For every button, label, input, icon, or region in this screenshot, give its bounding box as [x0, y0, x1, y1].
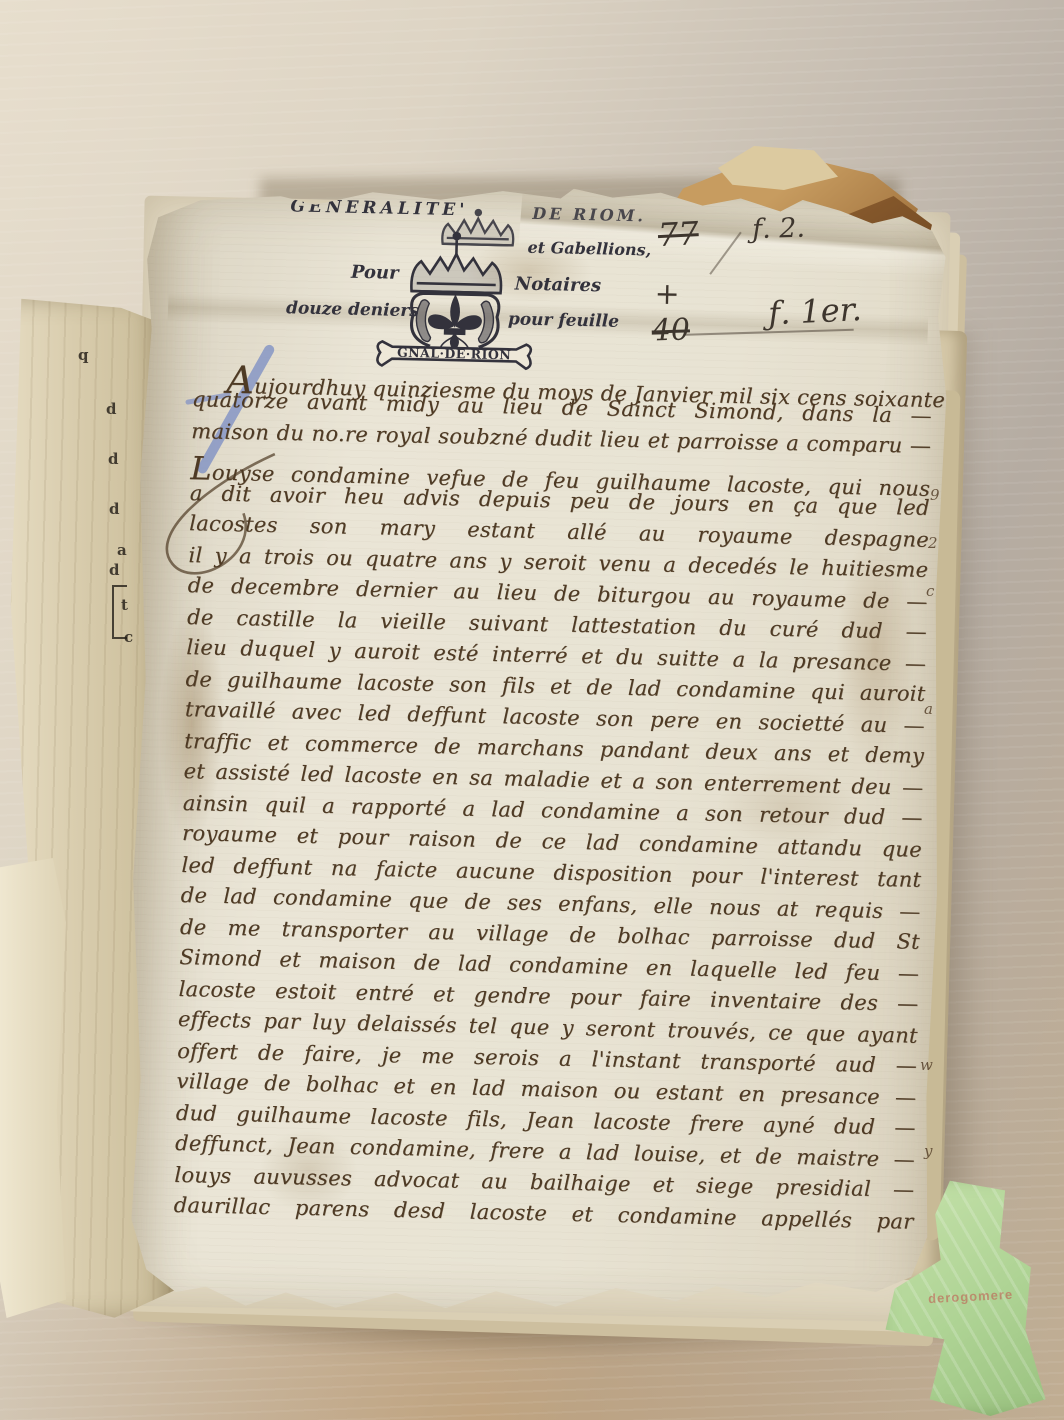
edge-ink-mark: a	[924, 700, 933, 718]
margin-letter: d	[106, 400, 117, 418]
folio-number-new: ƒ. 2.	[752, 213, 806, 246]
fleur-de-lis-icon	[428, 296, 482, 351]
price-crossed: 40	[651, 312, 690, 348]
margin-letter: q	[78, 346, 89, 364]
left-page-flap	[0, 858, 66, 1318]
margin-letter: d	[109, 561, 120, 579]
plus-mark: +	[654, 277, 680, 313]
folio-number-crossed: 77	[657, 214, 699, 254]
photo-of-manuscript: qdddadtc GENERALITE' DE RIOM. et Gabelli…	[0, 0, 1064, 1420]
margin-letter: d	[108, 450, 119, 468]
edge-ink-mark: w	[920, 1056, 933, 1074]
margin-letter: a	[117, 541, 127, 559]
small-crown-icon	[442, 209, 514, 245]
stamp-banner-text: GNAL·DE·RION	[397, 345, 512, 363]
margin-bracket-mark	[112, 585, 127, 639]
margin-letter: d	[109, 500, 120, 518]
manuscript-page: GENERALITE' DE RIOM. et Gabellions, Pour…	[115, 177, 953, 1339]
edge-ink-mark: c	[926, 582, 934, 600]
edge-ink-mark: 9	[930, 486, 940, 504]
price-new: ƒ. 1er.	[767, 290, 862, 332]
edge-ink-mark: y	[924, 1142, 932, 1160]
tax-stamp: GNAL·DE·RION	[372, 194, 556, 378]
edge-ink-mark: 2	[928, 534, 938, 552]
manuscript-text: Aujourdhuy quinziesme du moys de Janvier…	[173, 356, 933, 1241]
